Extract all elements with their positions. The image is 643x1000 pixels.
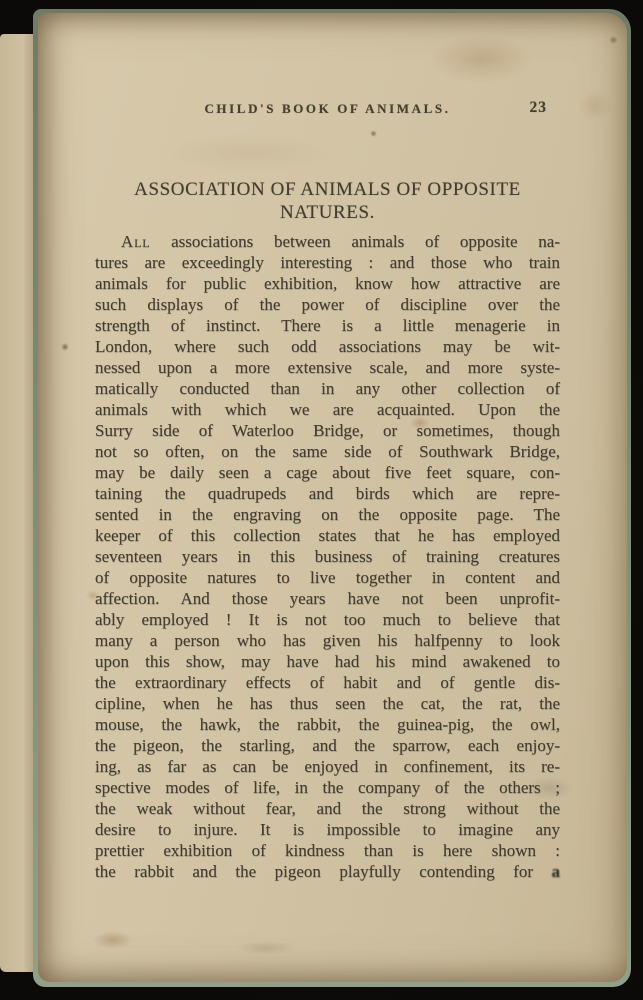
body-line: All associations between animals of oppo…: [95, 231, 560, 252]
body-line: matically conducted than in any other co…: [95, 378, 560, 399]
foxing-stain: [93, 931, 133, 949]
text-block: CHILD'S BOOK OF ANIMALS. 23 ASSOCIATION …: [38, 13, 627, 882]
lead-word: All: [121, 232, 150, 251]
body-line: spective modes of life, in the company o…: [95, 777, 560, 798]
running-header-row: CHILD'S BOOK OF ANIMALS. 23: [95, 100, 560, 118]
body-line: such displays of the power of discipline…: [95, 294, 560, 315]
body-line: may be daily seen a cage about five feet…: [95, 462, 560, 483]
body-line: the rabbit and the pigeon playfully cont…: [95, 861, 560, 882]
foxing-stain: [236, 941, 296, 955]
body-line: mouse, the hawk, the rabbit, the guinea-…: [95, 714, 560, 735]
body-line: strength of instinct. There is a little …: [95, 315, 560, 336]
body-line: desire to injure. It is impossible to im…: [95, 819, 560, 840]
body-line: keeper of this collection states that he…: [95, 525, 560, 546]
book-photo: CHILD'S BOOK OF ANIMALS. 23 ASSOCIATION …: [0, 0, 643, 1000]
body-line: upon this show, may have had his mind aw…: [95, 651, 560, 672]
running-head: CHILD'S BOOK OF ANIMALS.: [204, 101, 450, 116]
section-title-line2: NATURES.: [95, 201, 560, 224]
body-line: ably employed ! It is not too much to be…: [95, 609, 560, 630]
body-line: London, where such odd associations may …: [95, 336, 560, 357]
body-line: the weak without fear, and the strong wi…: [95, 798, 560, 819]
body-line: seventeen years in this business of trai…: [95, 546, 560, 567]
body-line: animals with which we are acquainted. Up…: [95, 399, 560, 420]
body-line: the pigeon, the starling, and the sparro…: [95, 735, 560, 756]
body-line: prettier exhibition of kindness than is …: [95, 840, 560, 861]
body-line: not so often, on the same side of Southw…: [95, 441, 560, 462]
body-line: of opposite natures to live together in …: [95, 567, 560, 588]
ink-smudge: a: [552, 862, 561, 881]
body-line: affection. And those years have not been…: [95, 588, 560, 609]
body-line: nessed upon a more extensive scale, and …: [95, 357, 560, 378]
section-title: ASSOCIATION OF ANIMALS OF OPPOSITE NATUR…: [95, 178, 560, 224]
body-line: the extraordinary effects of habit and o…: [95, 672, 560, 693]
page-number: 23: [530, 99, 548, 117]
section-title-line1: ASSOCIATION OF ANIMALS OF OPPOSITE: [95, 178, 560, 201]
body-line: tures are exceedingly interesting : and …: [95, 252, 560, 273]
book-page: CHILD'S BOOK OF ANIMALS. 23 ASSOCIATION …: [38, 13, 627, 982]
body-line: sented in the engraving on the opposite …: [95, 504, 560, 525]
body-line: cipline, when he has thus seen the cat, …: [95, 693, 560, 714]
body-line: ing, as far as can be enjoyed in confine…: [95, 756, 560, 777]
body-line: animals for public exhibition, know how …: [95, 273, 560, 294]
body-line: taining the quadrupeds and birds which a…: [95, 483, 560, 504]
body-line: Surry side of Waterloo Bridge, or someti…: [95, 420, 560, 441]
body-text: All associations between animals of oppo…: [95, 231, 560, 882]
body-line: many a person who has given his halfpenn…: [95, 630, 560, 651]
